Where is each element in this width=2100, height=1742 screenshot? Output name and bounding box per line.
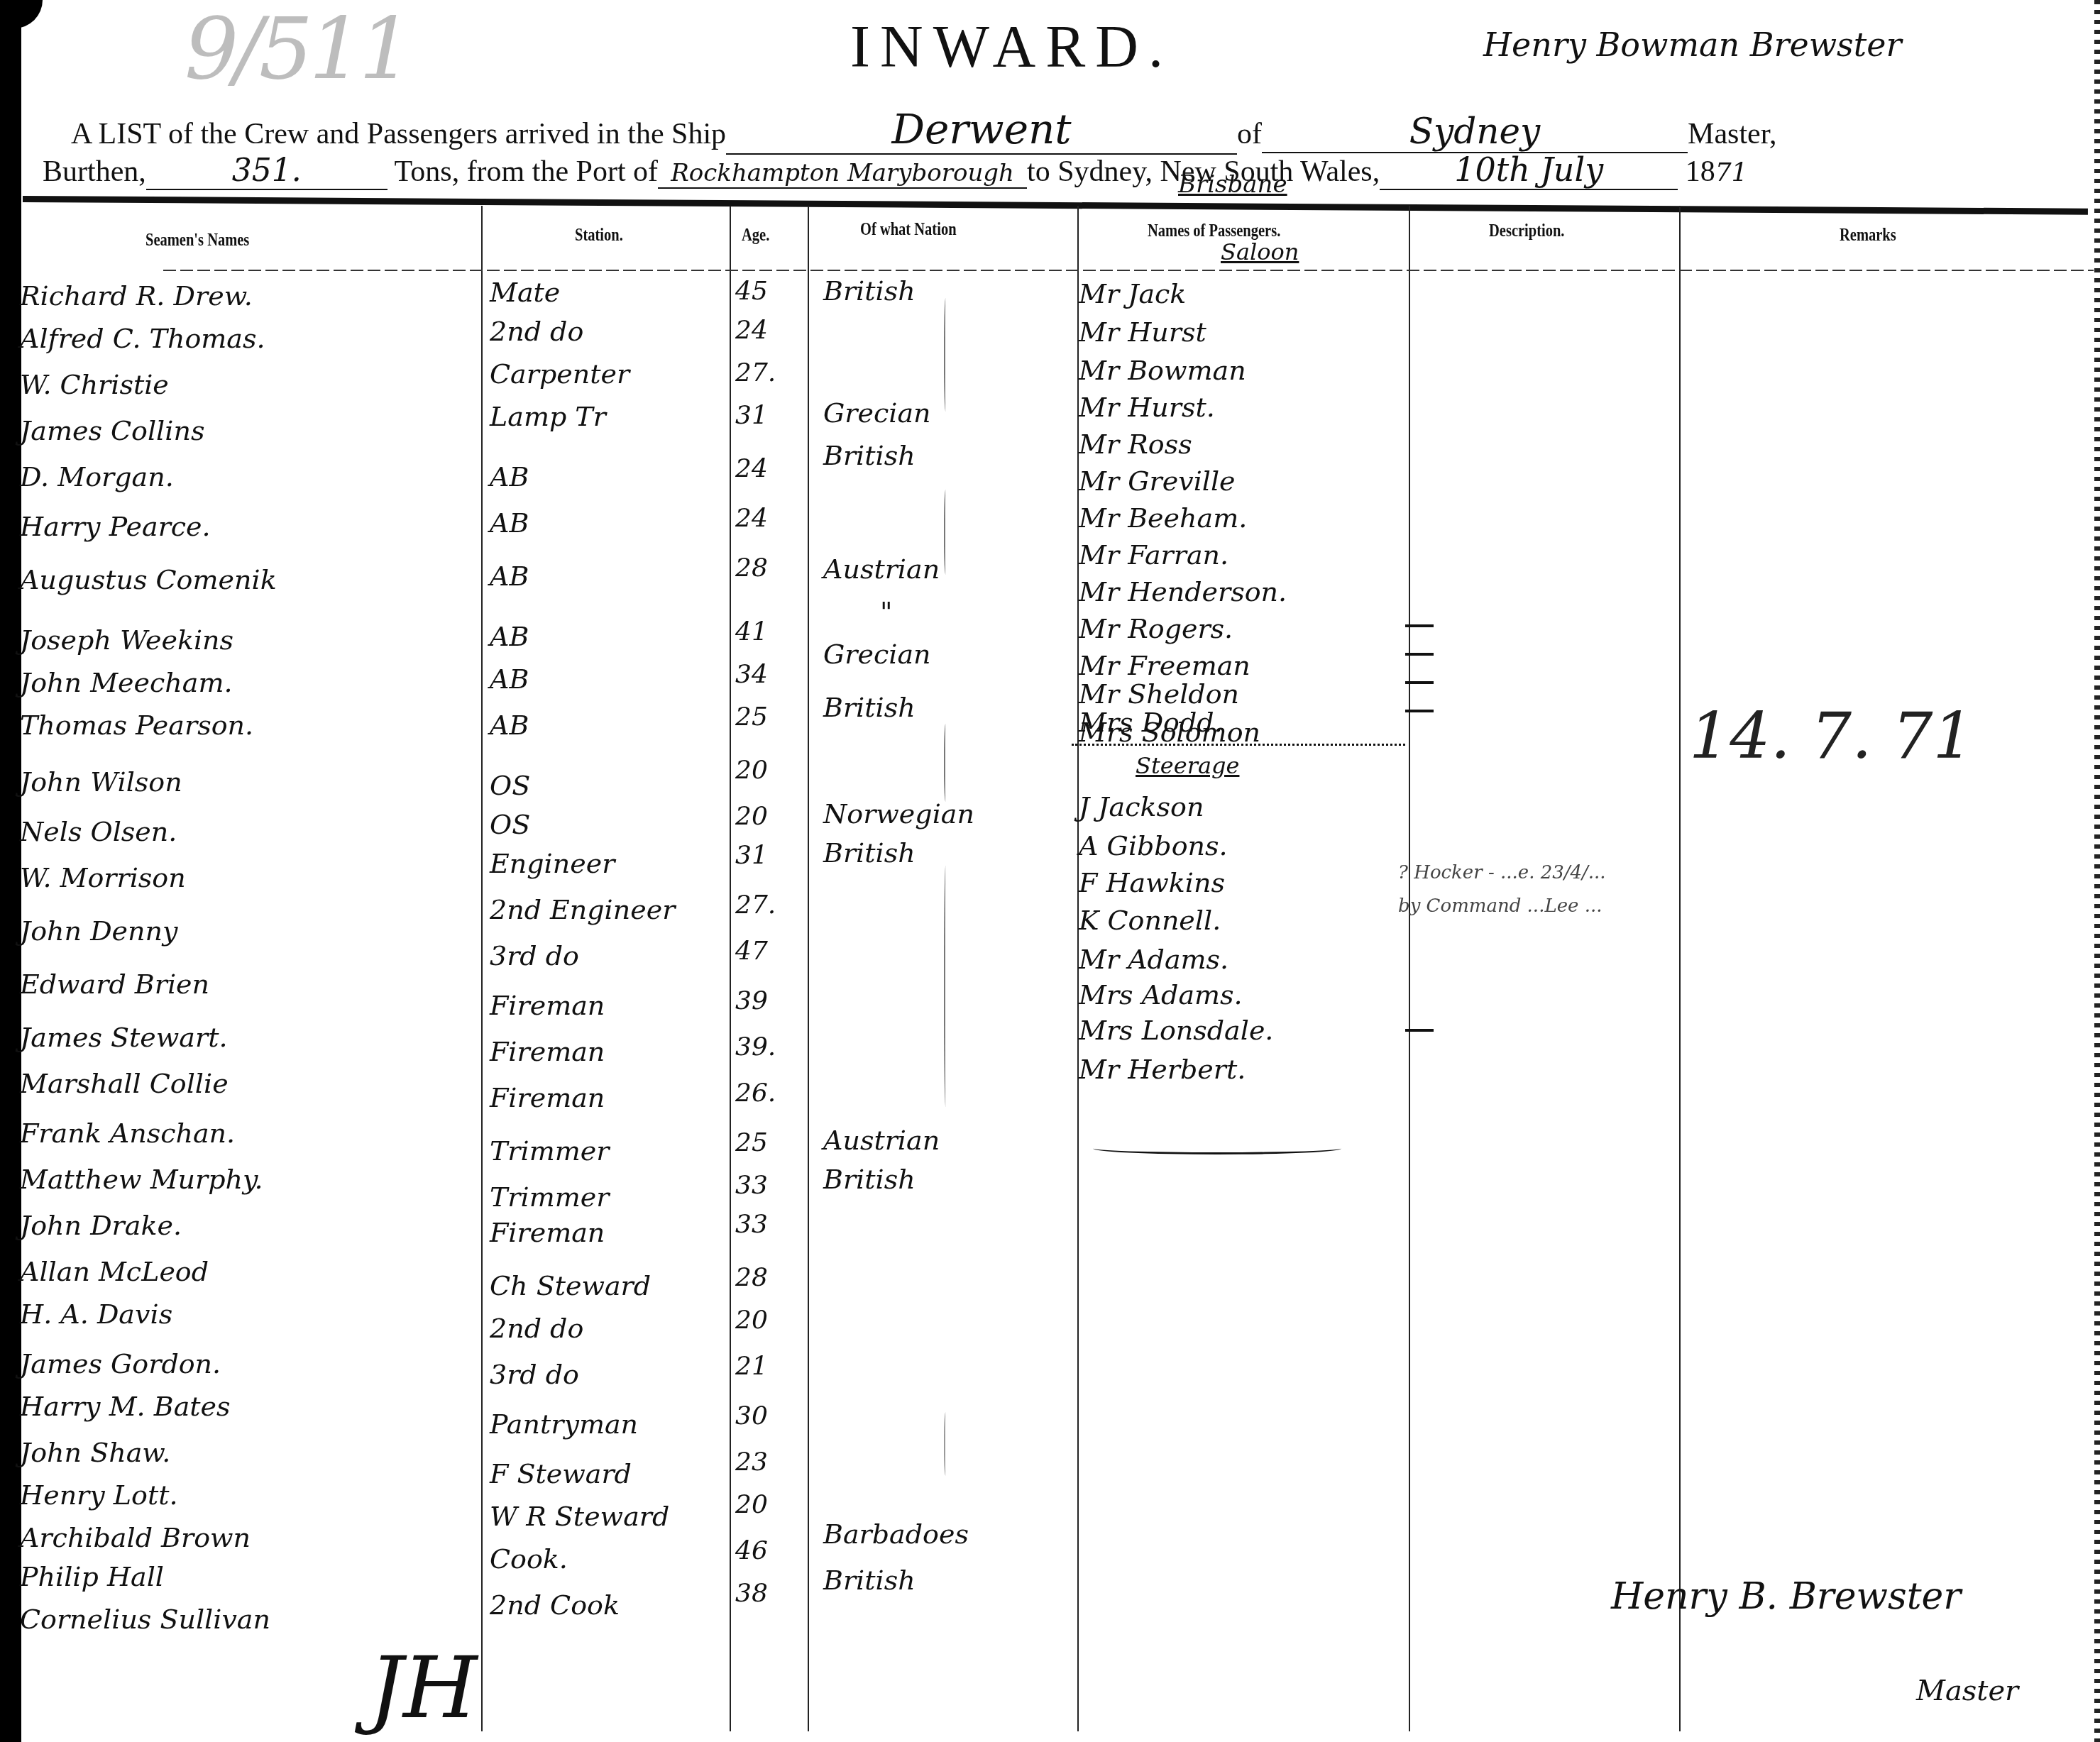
seaman-name: H. A. Davis [20,1299,172,1330]
ditto-mark [944,1412,948,1476]
seaman-age: 25 [735,702,768,732]
seaman-name: John Wilson [20,766,182,798]
seaman-name: James Stewart. [20,1022,227,1053]
seaman-nation: " [880,596,892,627]
seaman-name: W. Morrison [20,862,186,893]
seaman-name: W. Christie [20,369,169,400]
seaman-age: 31 [735,841,768,870]
description-dash [1405,624,1434,627]
of-label: of [1237,118,1262,150]
seaman-age: 24 [735,454,768,483]
line1-prefix: A LIST of the Crew and Passengers arrive… [71,118,726,150]
page-title: INWARD. [850,13,1173,82]
divider-nation [808,206,809,1731]
seaman-station: 2nd Cook [490,1589,620,1621]
seaman-name: Marshall Collie [20,1068,229,1099]
seaman-name: James Collins [20,415,204,446]
steerage-passenger: Mr Herbert. [1079,1054,1246,1085]
seaman-age: 20 [735,756,768,785]
tons-label: Tons, from the Port of [395,155,659,188]
seaman-nation: Austrian [823,553,940,585]
header-line-2: Burthen,351. Tons, from the Port ofRockh… [43,150,1748,190]
saloon-passenger: Mr Henderson. [1079,576,1287,607]
master-name-top: Henry Bowman Brewster [1483,26,1901,64]
seaman-station: Fireman [490,1082,605,1113]
scan-corner [0,0,43,28]
seaman-name: Thomas Pearson. [20,710,253,741]
seaman-nation: Barbadoes [823,1518,969,1550]
seaman-name: Henry Lott. [20,1479,178,1511]
saloon-passenger: Mr Bowman [1079,355,1246,386]
seaman-station: Cook. [490,1543,568,1575]
seaman-station: Engineer [490,848,615,879]
burthen-label: Burthen, [43,155,146,188]
seaman-station: 2nd do [490,1313,583,1344]
col-remarks: Remarks [1840,226,1896,246]
seaman-nation: British [823,1565,916,1596]
saloon-passenger: Mr Beeham. [1079,502,1247,534]
seaman-age: 33 [735,1171,768,1200]
scan-right-edge [2094,0,2100,1742]
arrival-date: 10th July [1380,150,1678,190]
master-signature-title: Master [1916,1675,2018,1707]
seaman-station: Trimmer [490,1135,609,1167]
seaman-name: Allan McLeod [20,1256,209,1287]
divider-station [481,206,483,1731]
column-header-underline [163,270,2094,271]
burthen-value: 351. [146,153,387,190]
seaman-name: John Meecham. [20,667,233,698]
saloon-passenger: Mr Sheldon [1079,678,1239,710]
steerage-passenger: J Jackson [1079,791,1204,822]
seaman-nation: Grecian [823,397,931,429]
saloon-passenger: Mr Ross [1079,429,1192,460]
seaman-station: AB [490,561,529,592]
steerage-passenger: A Gibbons. [1079,830,1228,861]
seaman-age: 20 [735,1490,768,1519]
seaman-station: OS [490,809,530,840]
header-line-1: A LIST of the Crew and Passengers arrive… [71,105,1777,155]
seaman-station: F Steward [490,1458,632,1489]
scan-left-edge [0,0,21,1742]
seaman-name: D. Morgan. [20,461,174,492]
seaman-name: Augustus Comenik [20,564,277,595]
steerage-passenger: Mrs Lonsdale. [1079,1015,1273,1046]
seaman-station: AB [490,621,529,652]
divider-remarks [1679,206,1681,1731]
year-suffix: 71 [1715,158,1748,187]
col-seamen: Seamen's Names [145,231,249,250]
seaman-age: 39 [735,986,768,1015]
seaman-station: 2nd do [490,316,583,347]
description-dash [1405,681,1434,684]
seaman-name: John Shaw. [20,1437,170,1468]
seaman-nation: British [823,837,916,869]
seaman-age: 46 [735,1536,768,1565]
description-note-2: by Command ...Lee ... [1398,895,1603,917]
seaman-station: 2nd Engineer [490,894,675,925]
description-dash [1405,1029,1434,1032]
seaman-station: 3rd do [490,1359,579,1390]
seaman-age: 24 [735,504,768,533]
seaman-age: 41 [735,617,768,646]
description-note-1: ? Hocker - ...e. 23/4/... [1398,862,1606,883]
divider-age [730,206,731,1731]
ditto-mark [944,298,948,412]
header-rule [23,196,2088,215]
from-port-addendum: Brisbane [1178,170,1287,199]
seaman-name: Alfred C. Thomas. [20,323,265,354]
seaman-nation: Austrian [823,1125,940,1156]
folio-mark: 9/511 [185,0,409,99]
seaman-age: 21 [735,1352,768,1381]
steerage-passenger: Mrs Adams. [1079,979,1243,1010]
seaman-nation: Grecian [823,639,931,670]
port-of-registry: Sydney [1262,111,1688,153]
seaman-name: Matthew Murphy. [20,1164,263,1195]
seaman-name: John Denny [20,915,178,947]
saloon-end-separator [1072,744,1405,746]
seaman-station: Fireman [490,1217,605,1248]
saloon-passenger: Mr Freeman [1079,650,1250,681]
seaman-name: Frank Anschan. [20,1118,235,1149]
seaman-name: Cornelius Sullivan [20,1604,270,1635]
seaman-station: Pantryman [490,1409,638,1440]
seaman-station: Fireman [490,1036,605,1067]
seaman-nation: British [823,440,916,471]
seaman-age: 27. [735,891,776,920]
seaman-station: Lamp Tr [490,401,606,432]
seaman-name: John Drake. [20,1210,182,1241]
saloon-passenger: Mr Hurst [1079,316,1206,348]
seaman-station: AB [490,663,529,695]
seaman-station: OS [490,770,530,801]
col-station: Station. [575,226,623,246]
steerage-passenger: F Hawkins [1079,867,1225,898]
saloon-passenger: Mr Jack [1079,278,1186,309]
seaman-nation: British [823,275,916,307]
ditto-mark [944,490,948,575]
saloon-passenger: Mr Rogers. [1079,613,1233,644]
seaman-station: Fireman [490,990,605,1021]
from-port: Rockhampton Maryborough [658,159,1027,189]
seaman-age: 39. [735,1032,776,1062]
seaman-age: 38 [735,1579,768,1608]
master-signature: Henry B. Brewster [1611,1575,1961,1618]
col-description: Description. [1489,221,1564,241]
seaman-station: Ch Steward [490,1270,651,1301]
steerage-label: Steerage [1136,752,1239,779]
seaman-station: Trimmer [490,1181,609,1213]
seaman-nation: Norwegian [823,798,974,829]
seaman-age: 28 [735,553,768,583]
seaman-age: 25 [735,1128,768,1157]
seaman-name: James Gordon. [20,1348,221,1379]
year-prefix: 18 [1686,155,1715,188]
col-age: Age. [742,226,769,246]
seaman-age: 20 [735,802,768,831]
seaman-age: 28 [735,1263,768,1292]
seaman-station: AB [490,507,529,539]
seaman-name: Philip Hall [20,1561,164,1592]
ditto-mark [944,724,948,802]
seaman-age: 45 [735,277,768,306]
seaman-age: 26. [735,1079,776,1108]
seaman-nation: British [823,692,916,723]
seaman-age: 30 [735,1401,768,1430]
seaman-station: AB [490,710,529,741]
saloon-passenger: Mr Farran. [1079,539,1228,570]
col-nation: Of what Nation [860,220,957,240]
seaman-station: W R Steward [490,1501,669,1532]
seaman-nation: British [823,1164,916,1195]
seaman-station: Mate [490,277,560,308]
divider-description [1409,206,1410,1731]
ditto-mark [944,866,948,1107]
seaman-station: 3rd do [490,940,579,971]
seaman-age: 47 [735,937,768,966]
seaman-age: 24 [735,316,768,345]
saloon-passenger: Mr Greville [1079,465,1236,497]
seaman-name: Archibald Brown [20,1522,251,1553]
seaman-age: 33 [735,1210,768,1239]
steerage-passenger: Mr Adams. [1079,944,1228,975]
seaman-age: 34 [735,660,768,689]
ship-name: Derwent [726,105,1237,155]
seaman-name: Harry Pearce. [20,511,211,542]
steerage-passenger: K Connell. [1079,905,1221,936]
seaman-name: Richard R. Drew. [20,280,253,312]
seaman-age: 23 [735,1448,768,1477]
seaman-age: 20 [735,1306,768,1335]
saloon-passenger: Mr Hurst. [1079,392,1215,423]
seaman-station: AB [490,461,529,492]
initials-mark: JH [369,1639,478,1738]
seaman-age: 27. [735,358,776,387]
master-label: Master, [1688,118,1776,150]
remarks-date-mark: 14. 7. 71 [1689,699,1974,773]
seaman-name: Edward Brien [20,969,209,1000]
seaman-name: Joseph Weekins [20,624,233,656]
seaman-name: Nels Olsen. [20,816,177,847]
seaman-name: Harry M. Bates [20,1391,231,1422]
seaman-station: Carpenter [490,358,630,390]
description-dash [1405,710,1434,712]
seaman-age: 31 [735,401,768,430]
description-dash [1405,653,1434,656]
list-end-stroke [1093,1142,1341,1154]
saloon-label: Saloon [1221,238,1299,265]
